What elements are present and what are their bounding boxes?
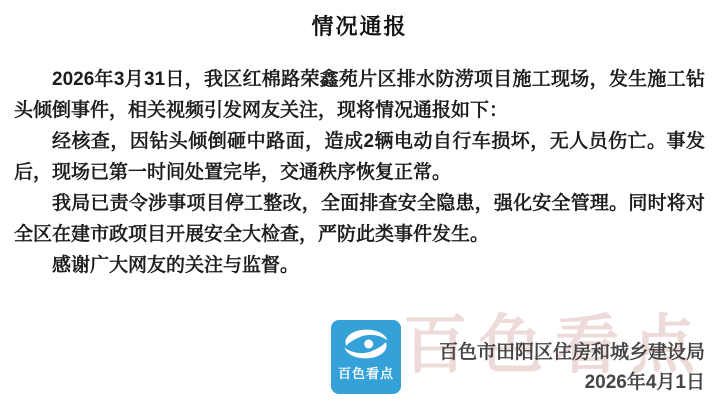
notice-paragraph: 我局已责令涉事项目停工整改，全面排查安全隐患，强化安全管理。同时将对全区在建市政… — [14, 188, 705, 250]
swirl-logo-icon — [339, 326, 393, 362]
notice-title: 情况通报 — [0, 10, 719, 41]
notice-paragraph: 感谢广大网友的关注与监督。 — [14, 250, 705, 281]
watermark-badge-label: 百色看点 — [338, 363, 394, 382]
notice-paragraph: 2026年3月31日，我区红棉路荣鑫苑片区排水防涝项目施工现场，发生施工钻头倾倒… — [14, 64, 705, 126]
signature-block: 百色市田阳区住房和城乡建设局 2026年4月1日 — [439, 338, 705, 398]
notice-page: 情况通报 2026年3月31日，我区红棉路荣鑫苑片区排水防涝项目施工现场，发生施… — [0, 0, 719, 407]
watermark-badge: 百色看点 — [331, 320, 401, 394]
notice-paragraph: 经核查，因钻头倾倒砸中路面，造成2辆电动自行车损坏，无人员伤亡。事发后，现场已第… — [14, 126, 705, 188]
notice-body: 2026年3月31日，我区红棉路荣鑫苑片区排水防涝项目施工现场，发生施工钻头倾倒… — [14, 64, 705, 281]
notice-date: 2026年4月1日 — [439, 368, 705, 398]
agency-name: 百色市田阳区住房和城乡建设局 — [439, 338, 705, 368]
